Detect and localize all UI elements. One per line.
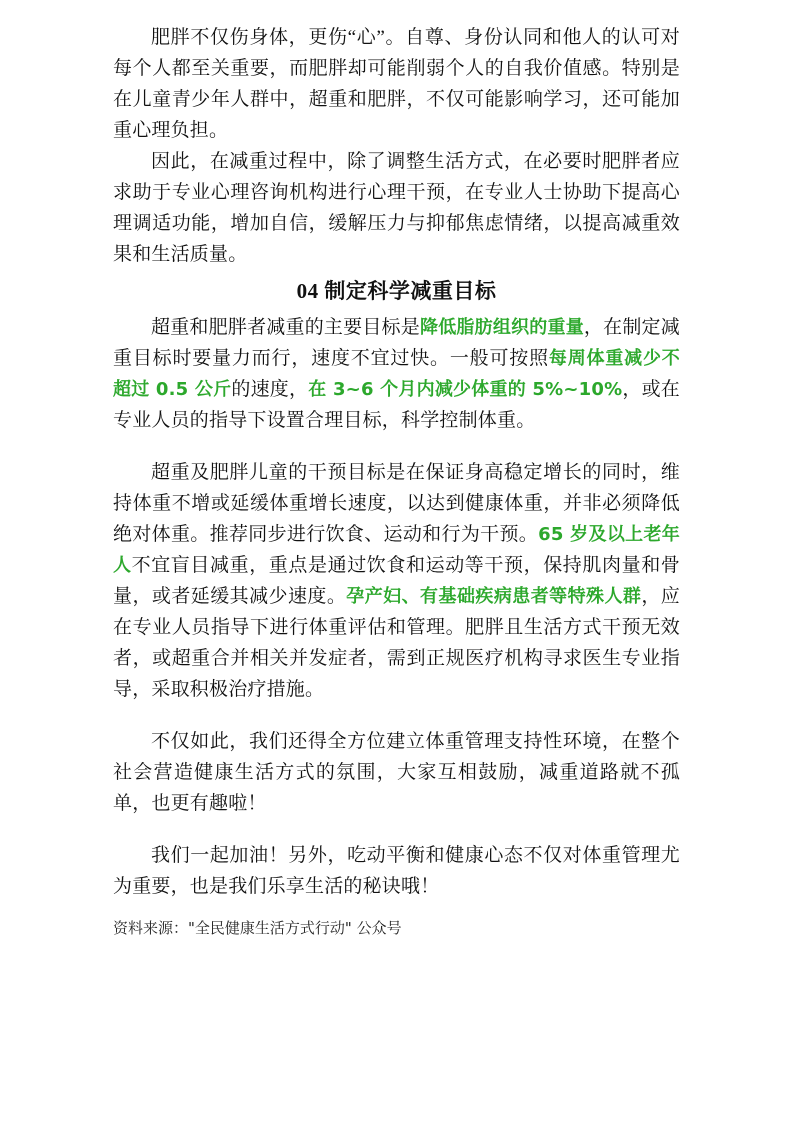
section-heading-04: 04 制定科学减重目标 [113, 270, 680, 312]
text-segment: 不仅如此，我们还得全方位建立体重管理支持性环境，在整个社会营造健康生活方式的氛围… [113, 731, 680, 814]
paragraph-special-groups: 超重及肥胖儿童的干预目标是在保证身高稳定增长的同时，维持体重不增或延缓体重增长速… [113, 457, 680, 705]
highlighted-text: 孕产妇、有基础疾病患者等特殊人群 [346, 586, 641, 607]
paragraph-closing-encouragement: 我们一起加油！另外，吃动平衡和健康心态不仅对体重管理尤为重要，也是我们乐享生活的… [113, 840, 680, 902]
highlighted-text: 降低脂肪组织的重量 [420, 317, 584, 338]
paragraph-weight-loss-goals: 超重和肥胖者减重的主要目标是降低脂肪组织的重量，在制定减重目标时要量力而行，速度… [113, 312, 680, 436]
highlighted-text: 在 3~6 个月内减少体重的 5%~10% [308, 379, 622, 400]
paragraph-psychology-impact: 肥胖不仅伤身体，更伤“心”。自尊、身份认同和他人的认可对每个人都至关重要，而肥胖… [113, 22, 680, 146]
paragraph-supportive-environment: 不仅如此，我们还得全方位建立体重管理支持性环境，在整个社会营造健康生活方式的氛围… [113, 726, 680, 819]
text-segment: 超重和肥胖者减重的主要目标是 [151, 317, 420, 338]
text-segment: 因此，在减重过程中，除了调整生活方式，在必要时肥胖者应求助于专业心理咨询机构进行… [113, 151, 680, 265]
text-segment: 我们一起加油！另外，吃动平衡和健康心态不仅对体重管理尤为重要，也是我们乐享生活的… [113, 845, 680, 897]
source-attribution: 资料来源："全民健康生活方式行动" 公众号 [113, 916, 680, 940]
paragraph-psychological-intervention: 因此，在减重过程中，除了调整生活方式，在必要时肥胖者应求助于专业心理咨询机构进行… [113, 146, 680, 270]
text-segment: 的速度， [231, 379, 308, 400]
document-page: 肥胖不仅伤身体，更伤“心”。自尊、身份认同和他人的认可对每个人都至关重要，而肥胖… [0, 0, 793, 1122]
text-segment: 肥胖不仅伤身体，更伤“心”。自尊、身份认同和他人的认可对每个人都至关重要，而肥胖… [113, 27, 680, 141]
